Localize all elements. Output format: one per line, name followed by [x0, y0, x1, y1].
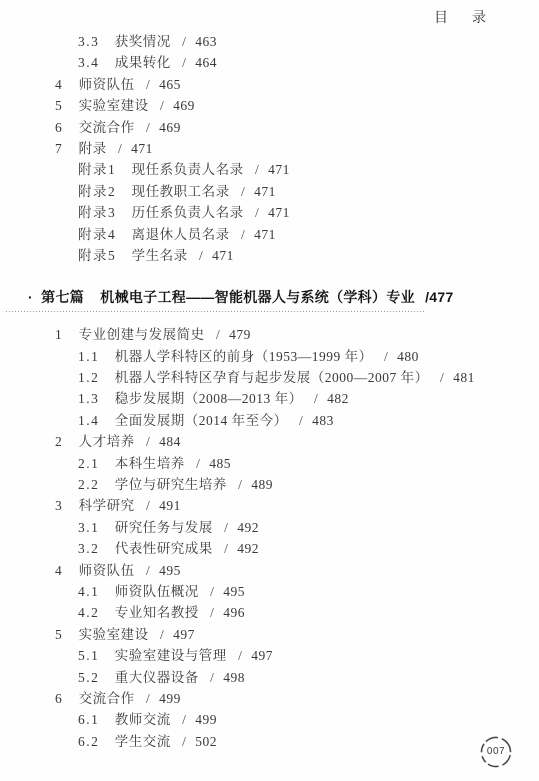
toc-entry-page: 484 [159, 434, 181, 449]
toc-entry-title: 教师交流 [115, 712, 171, 727]
toc-entry-title: 实验室建设与管理 [115, 648, 227, 663]
toc-entry-page: 496 [223, 605, 245, 620]
toc-entry-separator: / [182, 34, 186, 49]
toc-entry-separator: / [146, 77, 150, 92]
toc-entry-number: 3.3 [78, 34, 99, 49]
toc-entry-page: 497 [251, 648, 273, 663]
toc-entry-title: 师资队伍概况 [115, 584, 199, 599]
toc-entry: 附录3 历任系负责人名录 / 471 [0, 202, 539, 223]
toc-entry-title: 学生名录 [132, 248, 188, 263]
toc-entry-number: 附录4 [78, 227, 116, 242]
toc-entry-number: 1.4 [78, 413, 99, 428]
toc-entry-number: 附录1 [78, 162, 116, 177]
toc-entry: 附录1 现任系负责人名录 / 471 [0, 159, 539, 180]
toc-entry-number: 5 [55, 98, 63, 113]
toc-entry-page: 469 [173, 98, 195, 113]
toc-entry: 6.2 学生交流 / 502 [0, 731, 539, 752]
toc-entry-separator: / [216, 327, 220, 342]
toc-entry-number: 5 [55, 627, 63, 642]
toc-entry-number: 7 [55, 141, 63, 156]
toc-entry-number: 3 [55, 498, 63, 513]
toc-entry: 3.2 代表性研究成果 / 492 [0, 538, 539, 559]
toc-entry-title: 全面发展期（2014 年至今） [115, 413, 288, 428]
toc-entry-separator: / [384, 349, 388, 364]
toc-entry-separator: / [182, 712, 186, 727]
toc-entry-title: 交流合作 [79, 120, 135, 135]
toc-entry-title: 交流合作 [79, 691, 135, 706]
toc-entry-page: 463 [195, 34, 217, 49]
toc-entry-number: 1.3 [78, 391, 99, 406]
toc-entry-number: 2.1 [78, 456, 99, 471]
toc-entry-page: 499 [159, 691, 181, 706]
toc-section-continued: 3.3 获奖情况 / 463 3.4 成果转化 / 464 4 师资队伍 / 4 [0, 31, 539, 266]
toc-entry-page: 483 [312, 413, 334, 428]
page-number: 007 [478, 734, 514, 770]
toc-entry-separator: / [146, 498, 150, 513]
toc-entry-title: 师资队伍 [79, 77, 135, 92]
toc-entry: 5 实验室建设 / 469 [0, 95, 539, 116]
toc-entry-title: 成果转化 [115, 55, 171, 70]
toc-entry-separator: / [224, 541, 228, 556]
toc-entry-page: 495 [223, 584, 245, 599]
toc-entry-number: 1.2 [78, 370, 99, 385]
toc-entry-separator: / [241, 184, 245, 199]
toc-entry-number: 5.2 [78, 670, 99, 685]
scanned-toc-page: 目 录 3.3 获奖情况 / 463 3.4 成果转化 / 464 [0, 0, 539, 781]
heading-part-title: 机械电子工程——智能机器人与系统（学科）专业 [100, 289, 415, 305]
toc-entry-page: 469 [159, 120, 181, 135]
toc-entry-page: 502 [195, 734, 217, 749]
toc-entry-separator: / [146, 434, 150, 449]
toc-entry: 6 交流合作 / 469 [0, 117, 539, 138]
toc-entry-title: 师资队伍 [79, 563, 135, 578]
toc-entry-separator: / [210, 605, 214, 620]
toc-entry: 1.3 稳步发展期（2008—2013 年） / 482 [0, 388, 539, 409]
toc-entry-title: 实验室建设 [79, 627, 149, 642]
toc-entry-number: 1 [55, 327, 63, 342]
toc-entry-page: 479 [229, 327, 251, 342]
toc-entry: 附录2 现任教职工名录 / 471 [0, 181, 539, 202]
toc-entry-number: 3.2 [78, 541, 99, 556]
toc-entry: 1 专业创建与发展简史 / 479 [0, 324, 539, 345]
toc-entry-page: 492 [237, 541, 259, 556]
toc-entry-page: 471 [212, 248, 234, 263]
toc-entry-title: 离退休人员名录 [132, 227, 230, 242]
toc-entry-separator: / [160, 627, 164, 642]
toc-entry-number: 6.2 [78, 734, 99, 749]
toc-entry-number: 附录5 [78, 248, 116, 263]
toc-entry-separator: / [299, 413, 303, 428]
toc-entry: 3.1 研究任务与发展 / 492 [0, 517, 539, 538]
toc-entry-page: 482 [327, 391, 349, 406]
toc-entry-number: 附录3 [78, 205, 116, 220]
toc-entry-title: 附录 [79, 141, 107, 156]
section-heading-block: · 第七篇 机械电子工程——智能机器人与系统（学科）专业 /477 [0, 287, 539, 313]
toc-entry-title: 研究任务与发展 [115, 520, 213, 535]
toc-entry-page: 471 [254, 227, 276, 242]
toc-entry-page: 498 [223, 670, 245, 685]
toc-entry: 附录5 学生名录 / 471 [0, 245, 539, 266]
toc-entry-number: 附录2 [78, 184, 116, 199]
toc-entry-separator: / [182, 734, 186, 749]
toc-entry-separator: / [146, 120, 150, 135]
toc-entry-number: 6.1 [78, 712, 99, 727]
toc-entry-separator: / [241, 227, 245, 242]
toc-entry-title: 历任系负责人名录 [132, 205, 244, 220]
toc-entry: 7 附录 / 471 [0, 138, 539, 159]
toc-entry-number: 5.1 [78, 648, 99, 663]
toc-entry-separator: / [118, 141, 122, 156]
toc-entry-separator: / [210, 670, 214, 685]
toc-entry-title: 重大仪器设备 [115, 670, 199, 685]
toc-entry-separator: / [255, 205, 259, 220]
toc-entry-separator: / [182, 55, 186, 70]
toc-entry: 3.3 获奖情况 / 463 [0, 31, 539, 52]
toc-entry: 1.2 机器人学科特区孕育与起步发展（2000—2007 年） / 481 [0, 367, 539, 388]
toc-section-part7: 1 专业创建与发展简史 / 479 1.1 机器人学科特区的前身（1953—19… [0, 324, 539, 752]
toc-entry: 4 师资队伍 / 465 [0, 74, 539, 95]
toc-entry-separator: / [196, 456, 200, 471]
toc-entry-title: 代表性研究成果 [115, 541, 213, 556]
toc-entry-page: 491 [159, 498, 181, 513]
toc-entry-number: 1.1 [78, 349, 99, 364]
heading-page-ref: /477 [425, 289, 453, 305]
toc-entry: 4.1 师资队伍概况 / 495 [0, 581, 539, 602]
toc-entry-title: 机器人学科特区孕育与起步发展（2000—2007 年） [115, 370, 429, 385]
toc-entry-page: 485 [209, 456, 231, 471]
toc-entry-page: 471 [254, 184, 276, 199]
toc-entry-separator: / [146, 563, 150, 578]
toc-entry: 2.1 本科生培养 / 485 [0, 453, 539, 474]
toc-entry-number: 2 [55, 434, 63, 449]
toc-entry: 5.2 重大仪器设备 / 498 [0, 667, 539, 688]
toc-entry-separator: / [160, 98, 164, 113]
toc-entry-page: 497 [173, 627, 195, 642]
page-header: 目 录 [0, 7, 491, 27]
toc-entry-title: 学生交流 [115, 734, 171, 749]
toc-entry-page: 499 [195, 712, 217, 727]
toc-entry-title: 专业知名教授 [115, 605, 199, 620]
toc-entry-separator: / [314, 391, 318, 406]
toc-entry-separator: / [210, 584, 214, 599]
toc-entry-page: 464 [195, 55, 217, 70]
toc-entry-title: 专业创建与发展简史 [79, 327, 205, 342]
toc-entry-title: 科学研究 [79, 498, 135, 513]
toc-entry: 3.4 成果转化 / 464 [0, 52, 539, 73]
toc-entry: 1.4 全面发展期（2014 年至今） / 483 [0, 410, 539, 431]
toc-entry: 1.1 机器人学科特区的前身（1953—1999 年） / 480 [0, 346, 539, 367]
toc-content: 3.3 获奖情况 / 463 3.4 成果转化 / 464 4 师资队伍 / 4 [0, 31, 539, 752]
toc-entry-number: 4 [55, 563, 63, 578]
toc-entry-page: 480 [397, 349, 419, 364]
toc-entry-title: 本科生培养 [115, 456, 185, 471]
toc-entry-title: 机器人学科特区的前身（1953—1999 年） [115, 349, 373, 364]
toc-entry-separator: / [224, 520, 228, 535]
toc-entry-separator: / [440, 370, 444, 385]
toc-entry: 3 科学研究 / 491 [0, 495, 539, 516]
toc-entry-title: 学位与研究生培养 [115, 477, 227, 492]
toc-entry: 2 人才培养 / 484 [0, 431, 539, 452]
toc-entry-page: 465 [159, 77, 181, 92]
toc-entry-page: 492 [237, 520, 259, 535]
toc-entry-title: 人才培养 [79, 434, 135, 449]
toc-entry-number: 6 [55, 691, 63, 706]
toc-entry: 6 交流合作 / 499 [0, 688, 539, 709]
toc-entry: 4.2 专业知名教授 / 496 [0, 602, 539, 623]
toc-entry-page: 495 [159, 563, 181, 578]
toc-entry-title: 现任系负责人名录 [132, 162, 244, 177]
toc-entry-title: 实验室建设 [79, 98, 149, 113]
toc-entry-number: 6 [55, 120, 63, 135]
toc-entry-number: 4.2 [78, 605, 99, 620]
toc-entry-page: 481 [453, 370, 475, 385]
toc-entry-separator: / [238, 648, 242, 663]
section-heading: · 第七篇 机械电子工程——智能机器人与系统（学科）专业 /477 [0, 287, 539, 307]
toc-entry-separator: / [238, 477, 242, 492]
toc-entry-number: 3.1 [78, 520, 99, 535]
dotted-rule [6, 311, 424, 313]
toc-entry-page: 471 [131, 141, 153, 156]
toc-entry-separator: / [255, 162, 259, 177]
toc-entry: 4 师资队伍 / 495 [0, 560, 539, 581]
toc-entry-page: 471 [268, 205, 290, 220]
heading-bullet-icon: · [28, 289, 33, 305]
toc-entry: 2.2 学位与研究生培养 / 489 [0, 474, 539, 495]
heading-part-label: 第七篇 [41, 289, 84, 305]
toc-entry-number: 4.1 [78, 584, 99, 599]
toc-entry-number: 2.2 [78, 477, 99, 492]
toc-entry: 5.1 实验室建设与管理 / 497 [0, 645, 539, 666]
toc-entry: 5 实验室建设 / 497 [0, 624, 539, 645]
toc-entry-page: 471 [268, 162, 290, 177]
toc-entry: 附录4 离退休人员名录 / 471 [0, 224, 539, 245]
toc-entry-title: 稳步发展期（2008—2013 年） [115, 391, 303, 406]
toc-entry-number: 3.4 [78, 55, 99, 70]
toc-entry-separator: / [146, 691, 150, 706]
toc-entry: 6.1 教师交流 / 499 [0, 709, 539, 730]
toc-entry-number: 4 [55, 77, 63, 92]
toc-entry-title: 获奖情况 [115, 34, 171, 49]
toc-entry-title: 现任教职工名录 [132, 184, 230, 199]
toc-entry-page: 489 [251, 477, 273, 492]
toc-header-title: 目 录 [434, 11, 491, 26]
toc-entry-separator: / [199, 248, 203, 263]
page-number-badge: 007 [478, 734, 514, 770]
